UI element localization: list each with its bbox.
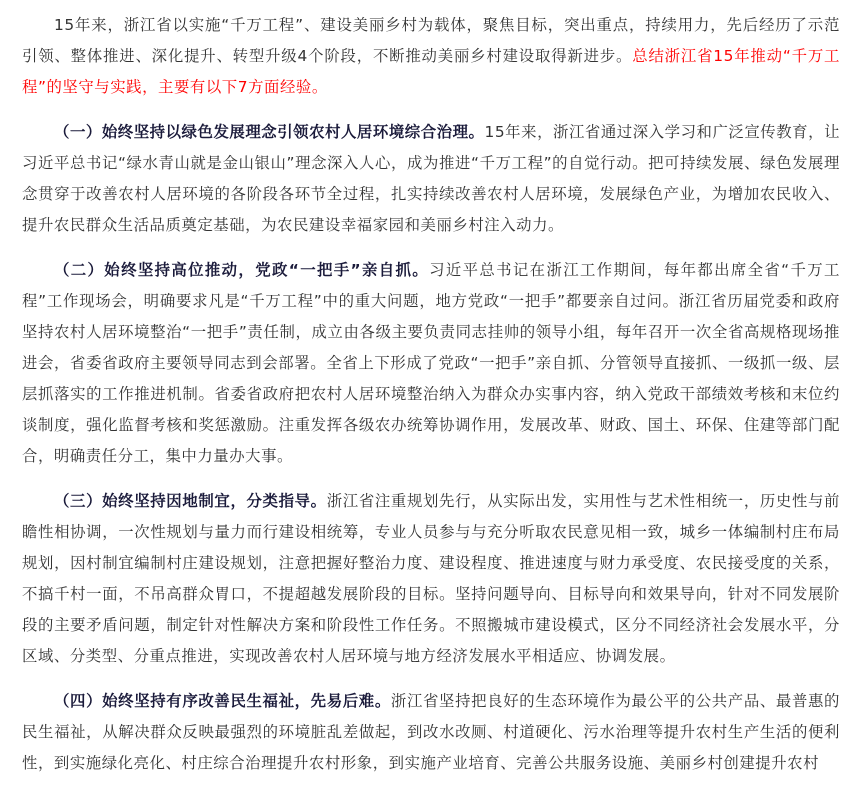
- section-body-3: 浙江省注重规划先行，从实际出发，实用性与艺术性相统一，历史性与前瞻性相协调，一次…: [22, 492, 840, 665]
- section-paragraph-1: （一）始终坚持以绿色发展理念引领农村人居环境综合治理。15年来，浙江省通过深入学…: [22, 117, 840, 241]
- intro-paragraph: 15年来，浙江省以实施“千万工程”、建设美丽乡村为载体，聚焦目标，突出重点，持续…: [22, 10, 840, 103]
- section-paragraph-2: （二）始终坚持高位推动，党政“一把手”亲自抓。习近平总书记在浙江工作期间，每年都…: [22, 255, 840, 472]
- section-paragraph-4: （四）始终坚持有序改善民生福祉，先易后难。浙江省坚持把良好的生态环境作为最公平的…: [22, 686, 840, 779]
- section-body-2: 习近平总书记在浙江工作期间，每年都出席全省“千万工程”工作现场会，明确要求凡是“…: [22, 261, 840, 465]
- section-heading-3: （三）始终坚持因地制宜，分类指导。: [54, 492, 327, 510]
- section-heading-2: （二）始终坚持高位推动，党政“一把手”亲自抓。: [54, 261, 429, 279]
- section-heading-4: （四）始终坚持有序改善民生福祉，先易后难。: [54, 692, 391, 710]
- article-body: 15年来，浙江省以实施“千万工程”、建设美丽乡村为载体，聚焦目标，突出重点，持续…: [0, 0, 854, 779]
- section-heading-1: （一）始终坚持以绿色发展理念引领农村人居环境综合治理。: [54, 123, 485, 141]
- section-paragraph-3: （三）始终坚持因地制宜，分类指导。浙江省注重规划先行，从实际出发，实用性与艺术性…: [22, 486, 840, 672]
